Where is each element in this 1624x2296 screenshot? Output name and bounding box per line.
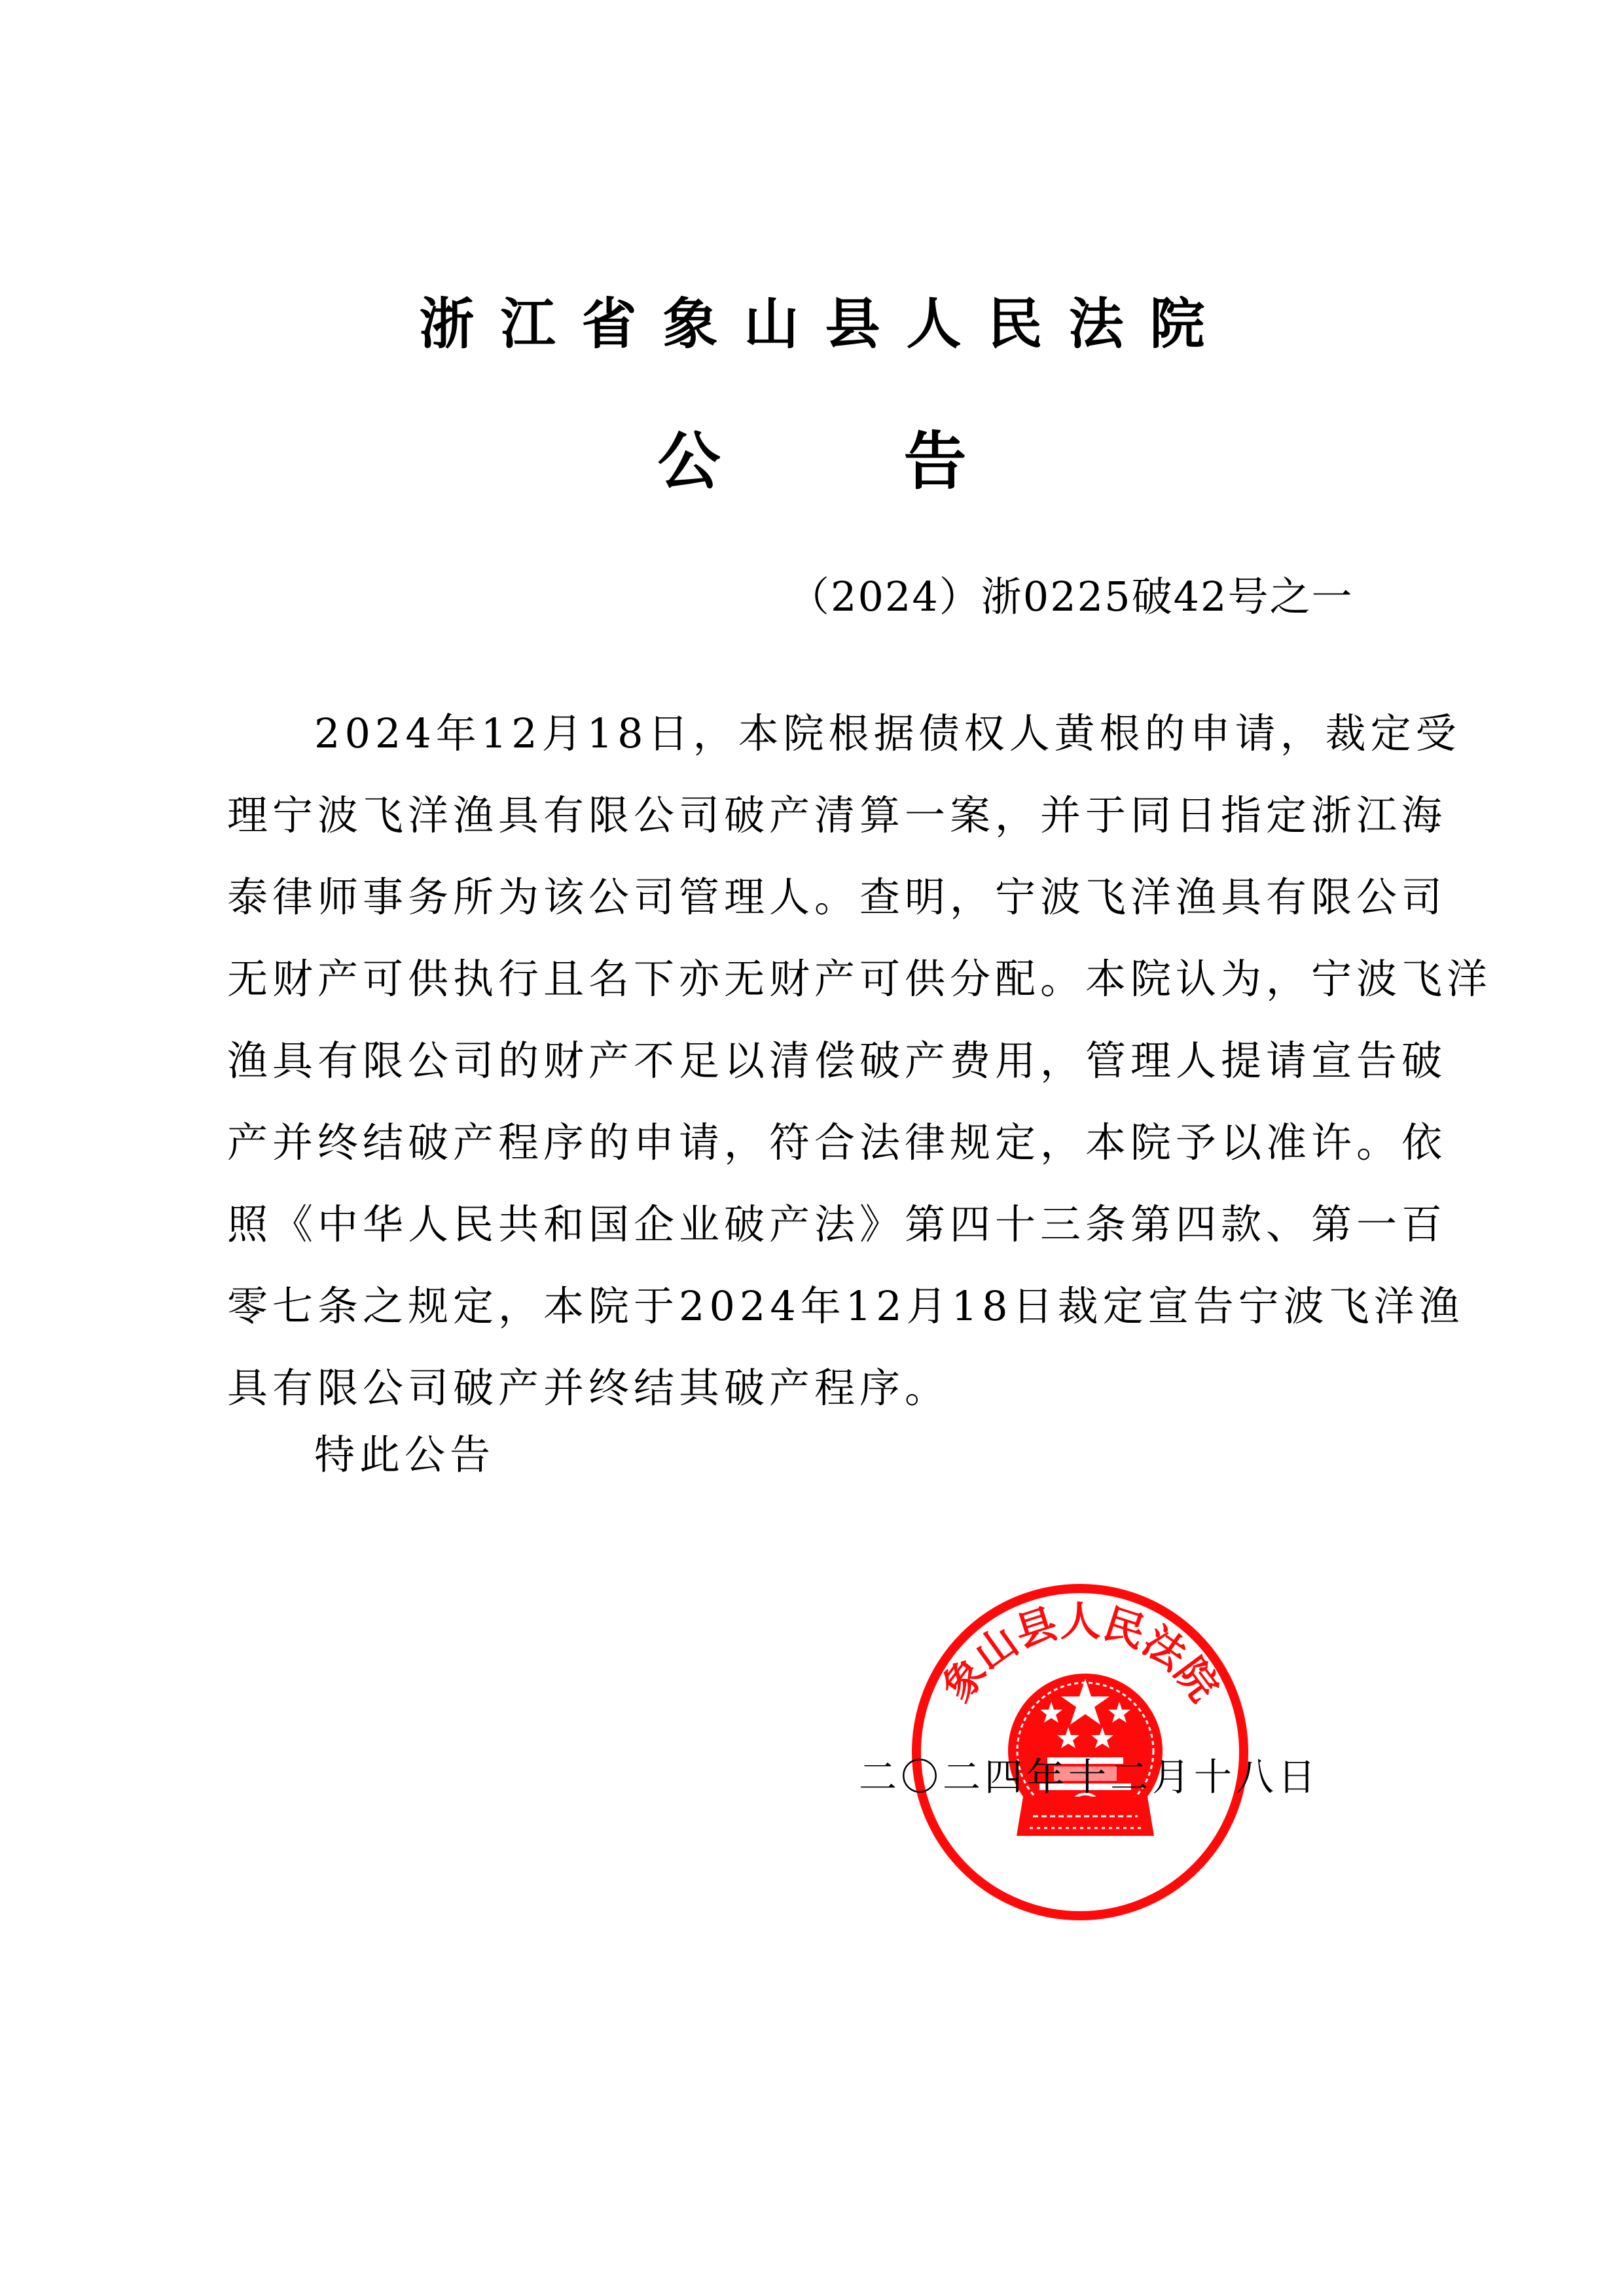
body-line: 无财产可供执行且名下亦无财产可供分配。本院认为，宁波飞洋 — [227, 938, 1425, 1020]
issue-date: 二〇二四年十二月十八日 — [859, 1751, 1320, 1803]
document-type-heading: 公告 — [0, 422, 1624, 501]
body-line: 照《中华人民共和国企业破产法》第四十三条第四款、第一百 — [227, 1183, 1425, 1265]
body-line: 具有限公司破产并终结其破产程序。 — [227, 1347, 1425, 1429]
body-line: 零七条之规定，本院于2024年12月18日裁定宣告宁波飞洋渔 — [227, 1265, 1425, 1347]
court-name-heading: 浙江省象山县人民法院 — [0, 288, 1624, 360]
document-page: 浙江省象山县人民法院 公告 （2024）浙0225破42号之一 2024年12月… — [0, 0, 1624, 2296]
body-line: 理宁波飞洋渔具有限公司破产清算一案，并于同日指定浙江海 — [227, 774, 1425, 856]
announcement-body: 2024年12月18日，本院根据债权人黄根的申请，裁定受 理宁波飞洋渔具有限公司… — [227, 692, 1425, 1429]
body-line: 泰律师事务所为该公司管理人。查明，宁波飞洋渔具有限公司 — [227, 856, 1425, 938]
body-line: 渔具有限公司的财产不足以清偿破产费用，管理人提请宣告破 — [227, 1020, 1425, 1102]
case-number: （2024）浙0225破42号之一 — [789, 571, 1353, 623]
body-line: 产并终结破产程序的申请，符合法律规定，本院予以准许。依 — [227, 1102, 1425, 1183]
body-line: 2024年12月18日，本院根据债权人黄根的申请，裁定受 — [227, 692, 1425, 774]
closing-phrase: 特此公告 — [314, 1429, 495, 1481]
